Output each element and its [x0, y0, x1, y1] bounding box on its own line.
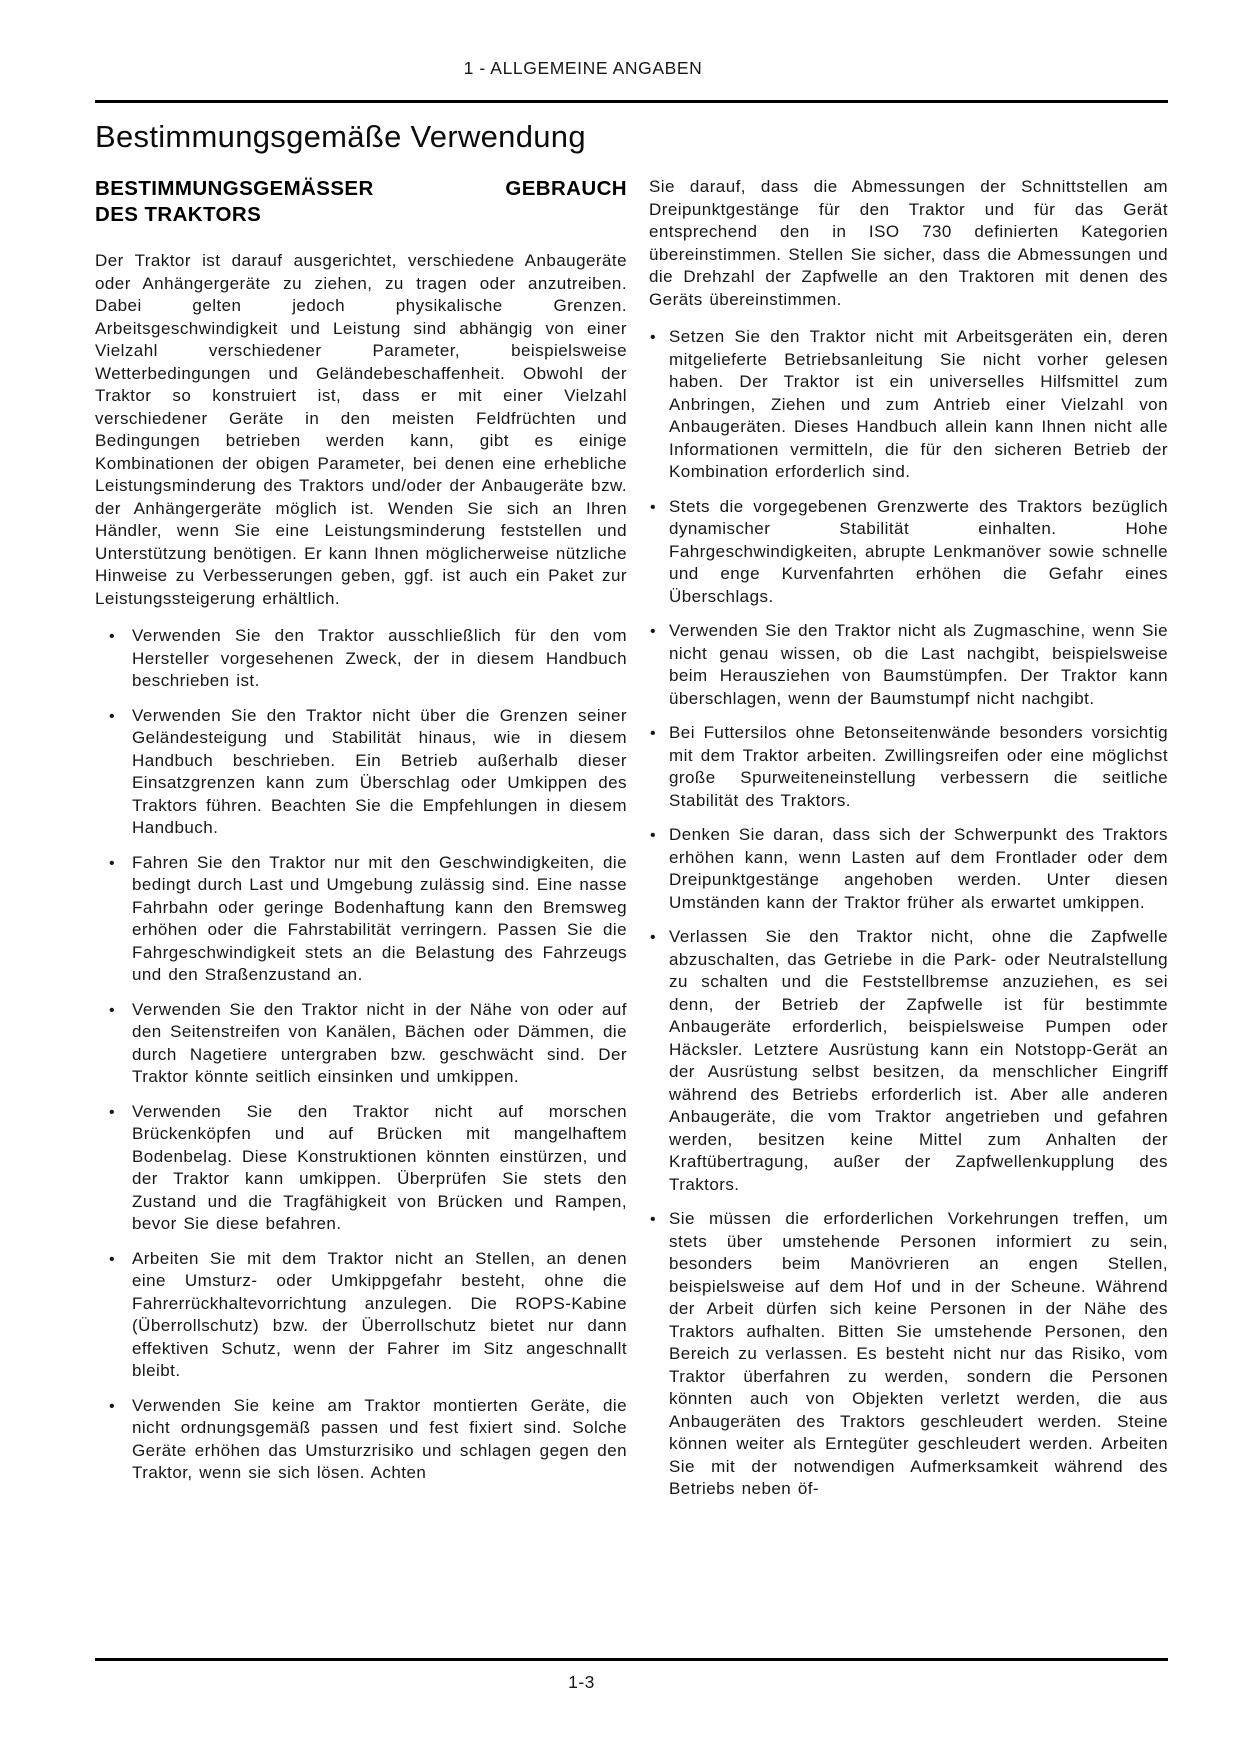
list-item: Denken Sie daran, dass sich der Schwerpu…	[649, 824, 1168, 914]
list-item: Verwenden Sie den Traktor nicht auf mors…	[95, 1101, 627, 1236]
list-item-text: Setzen Sie den Traktor nicht mit Arbeits…	[669, 327, 1168, 481]
list-item: Stets die vorgegebenen Grenzwerte des Tr…	[649, 496, 1168, 609]
bullet-list-left: Verwenden Sie den Traktor ausschließlich…	[95, 625, 627, 1485]
list-item-text: Verwenden Sie den Traktor ausschließlich…	[132, 626, 627, 690]
page-title: Bestimmungsgemäße Verwendung	[95, 119, 1168, 155]
list-item-text: Fahren Sie den Traktor nur mit den Gesch…	[132, 853, 627, 985]
list-item: Verwenden Sie keine am Traktor montierte…	[95, 1395, 627, 1485]
list-item: Verwenden Sie den Traktor nicht als Zugm…	[649, 620, 1168, 710]
bullet-icon	[109, 852, 115, 876]
list-item: Verwenden Sie den Traktor nicht in der N…	[95, 999, 627, 1089]
list-item: Verwenden Sie den Traktor ausschließlich…	[95, 625, 627, 693]
footer-rule	[95, 1658, 1168, 1661]
bullet-icon	[650, 1208, 656, 1232]
running-header: 1 - ALLGEMEINE ANGABEN	[0, 0, 1241, 79]
column-left: BESTIMMUNGSGEMÄSSER GEBRAUCH DES TRAKTOR…	[95, 176, 627, 1501]
page-footer: 1-3	[95, 1658, 1168, 1693]
bullet-icon	[650, 496, 656, 520]
bullet-icon	[109, 1101, 115, 1125]
list-item-text: Verwenden Sie den Traktor nicht auf mors…	[132, 1102, 627, 1234]
bullet-list-right: Setzen Sie den Traktor nicht mit Arbeits…	[649, 326, 1168, 1501]
intro-paragraph: Der Traktor ist darauf ausgerichtet, ver…	[95, 250, 627, 610]
list-item: Setzen Sie den Traktor nicht mit Arbeits…	[649, 326, 1168, 484]
manual-page: 1 - ALLGEMEINE ANGABEN Bestimmungsgemäße…	[0, 0, 1241, 1754]
list-item: Verlassen Sie den Traktor nicht, ohne di…	[649, 926, 1168, 1196]
list-item-text: Bei Futtersilos ohne Betonseitenwände be…	[669, 723, 1168, 810]
section-heading-line2: DES TRAKTORS	[95, 202, 627, 228]
list-item: Fahren Sie den Traktor nur mit den Gesch…	[95, 852, 627, 987]
bullet-icon	[109, 625, 115, 649]
section-heading-line1: BESTIMMUNGSGEMÄSSER GEBRAUCH	[95, 176, 627, 202]
list-item-text: Verwenden Sie den Traktor nicht als Zugm…	[669, 621, 1168, 708]
list-item: Bei Futtersilos ohne Betonseitenwände be…	[649, 722, 1168, 812]
column-right: Sie darauf, dass die Abmessungen der Sch…	[649, 176, 1168, 1501]
bullet-icon	[109, 1248, 115, 1272]
bullet-icon	[650, 620, 656, 644]
list-item-text: Verwenden Sie keine am Traktor montierte…	[132, 1396, 627, 1483]
list-item-text: Sie müssen die erforderlichen Vorkehrung…	[669, 1209, 1168, 1498]
list-item-text: Arbeiten Sie mit dem Traktor nicht an St…	[132, 1249, 627, 1381]
header-rule	[95, 100, 1168, 103]
bullet-icon	[109, 1395, 115, 1419]
list-item: Verwenden Sie den Traktor nicht über die…	[95, 705, 627, 840]
continuation-paragraph: Sie darauf, dass die Abmessungen der Sch…	[649, 176, 1168, 311]
list-item-text: Verwenden Sie den Traktor nicht in der N…	[132, 1000, 627, 1087]
two-column-body: BESTIMMUNGSGEMÄSSER GEBRAUCH DES TRAKTOR…	[95, 176, 1168, 1501]
bullet-icon	[650, 824, 656, 848]
list-item-text: Stets die vorgegebenen Grenzwerte des Tr…	[669, 497, 1168, 606]
bullet-icon	[650, 722, 656, 746]
list-item-text: Verwenden Sie den Traktor nicht über die…	[132, 706, 627, 838]
bullet-icon	[650, 926, 656, 950]
page-number: 1-3	[95, 1672, 1168, 1693]
bullet-icon	[109, 705, 115, 729]
list-item-text: Denken Sie daran, dass sich der Schwerpu…	[669, 825, 1168, 912]
bullet-icon	[109, 999, 115, 1023]
list-item: Sie müssen die erforderlichen Vorkehrung…	[649, 1208, 1168, 1501]
list-item: Arbeiten Sie mit dem Traktor nicht an St…	[95, 1248, 627, 1383]
bullet-icon	[650, 326, 656, 350]
list-item-text: Verlassen Sie den Traktor nicht, ohne di…	[669, 927, 1168, 1194]
section-heading: BESTIMMUNGSGEMÄSSER GEBRAUCH DES TRAKTOR…	[95, 176, 627, 228]
